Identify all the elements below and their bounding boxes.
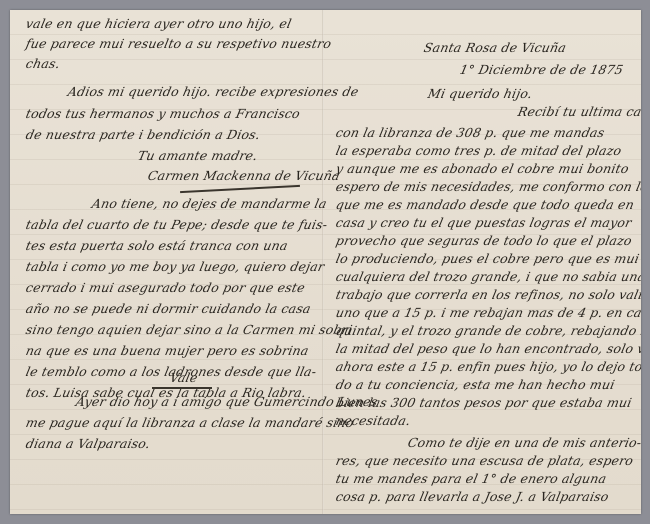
text-line: ahora este a 15 p. enfin pues hijo, yo l… — [334, 359, 641, 375]
text-line: cerrado i mui asegurado todo por que est… — [24, 280, 306, 296]
text-line: diana a Valparaiso. — [24, 436, 151, 452]
text-line: espero de mis necesidades, me conformo c… — [334, 179, 641, 195]
letter-sheet: vale en que hiciera ayer otro uno hijo, … — [10, 10, 641, 514]
signature: Carmen Mackenna de Vicuña — [146, 168, 341, 184]
text-line: cosa p. para llevarla a Jose J. a Valpar… — [334, 489, 610, 505]
text-line: necesitada. — [334, 413, 412, 429]
text-line: tu me mandes para el 1° de enero alguna — [334, 471, 608, 487]
text-line: de nuestra parte i bendición a Dios. — [24, 127, 261, 143]
text-line: provecho que seguras de todo lo que el p… — [334, 233, 633, 249]
text-line: la mitad del peso que lo han encontrado,… — [334, 341, 641, 357]
text-line: bien las 300 tantos pesos por que estaba… — [334, 395, 633, 411]
text-line: na que es una buena mujer pero es sobrin… — [24, 343, 310, 359]
text-line: Como te dije en una de mis anterio- — [406, 435, 641, 451]
right-page: Santa Rosa de Vicuña 1° Diciembre de de … — [332, 10, 632, 514]
text-line: año no se puede ni dormir cuidando la ca… — [24, 301, 312, 317]
text-line: tabla del cuarto de tu Pepe; desde que t… — [24, 217, 329, 233]
text-line: sino tengo aquien dejar sino a la Carmen… — [24, 322, 354, 338]
postscript-vale: Vale — [168, 370, 199, 386]
left-page: vale en que hiciera ayer otro uno hijo, … — [20, 10, 316, 514]
text-line: lo produciendo, pues el cobre pero que e… — [334, 251, 640, 267]
text-line: Adios mi querido hijo. recibe expresione… — [66, 84, 360, 100]
text-line: con la libranza de 308 p. que me mandas — [334, 125, 606, 141]
text-line: la esperaba como tres p. de mitad del pl… — [334, 143, 623, 159]
text-line: tabla i como yo me boy ya luego, quiero … — [24, 259, 326, 275]
text-line: fue parece mui resuelto a su respetivo n… — [24, 36, 333, 52]
text-line: res, que necesito una escusa de plata, e… — [334, 453, 635, 469]
salutation: Mi querido hijo. — [426, 86, 534, 102]
letter-date: 1° Diciembre de de 1875 — [458, 62, 624, 78]
text-line: casa y creo tu el que puestas logras el … — [334, 215, 633, 231]
letter-place: Santa Rosa de Vicuña — [422, 40, 567, 56]
text-line: uno que a 15 p. i me rebajan mas de 4 p.… — [334, 305, 641, 321]
text-line: que me es mandado desde que todo queda e… — [334, 197, 635, 213]
signature-flourish — [180, 185, 300, 193]
text-line: tes esta puerta solo está tranca con una — [24, 238, 289, 254]
text-line: y aunque me es abonado el cobre mui boni… — [334, 161, 630, 177]
text-line: do a tu conciencia, esta me han hecho mu… — [334, 377, 616, 393]
text-line: vale en que hiciera ayer otro uno hijo, … — [24, 16, 293, 32]
closing: Tu amante madre. — [136, 148, 259, 164]
text-line: me pague aquí la libranza a clase la man… — [24, 415, 355, 431]
text-line: trabajo que correrla en los refinos, no … — [334, 287, 641, 303]
text-line: cualquiera del trozo grande, i que no sa… — [334, 269, 641, 285]
vale-underline — [152, 387, 212, 389]
text-line: chas. — [24, 56, 61, 72]
text-line: todos tus hermanos y muchos a Francisco — [24, 106, 301, 122]
text-line: Ano tiene, no dejes de mandarme la — [90, 196, 328, 212]
text-line: Recibí tu ultima carta — [516, 104, 641, 120]
text-line: quintal, y el trozo grande de cobre, reb… — [334, 323, 641, 339]
